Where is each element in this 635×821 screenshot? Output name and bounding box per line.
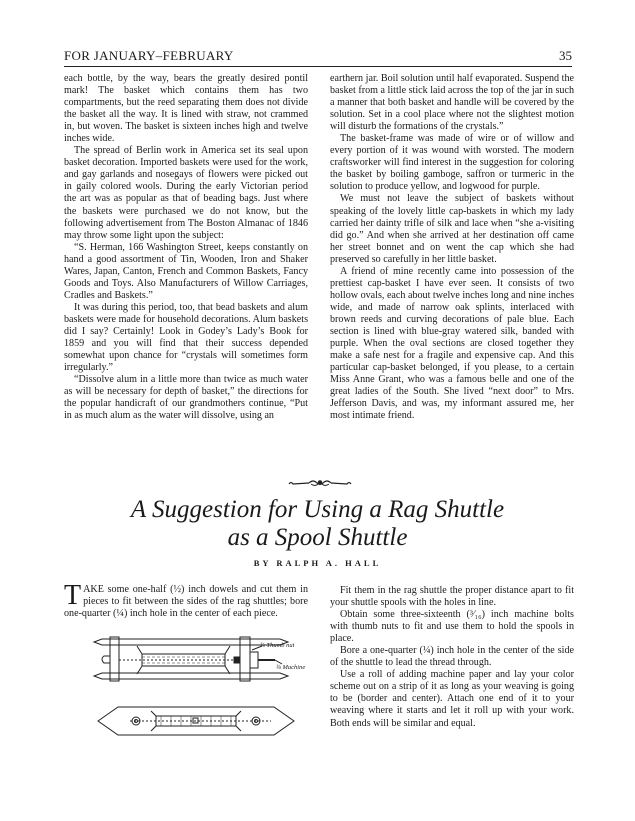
paragraph: We must not leave the subject of baskets… <box>330 193 574 265</box>
paragraph: earthern jar. Boil solution until half e… <box>330 73 574 133</box>
paragraph: The spread of Berlin work in America set… <box>64 145 308 241</box>
paragraph: “Dissolve alum in a little more than twi… <box>64 374 308 422</box>
paragraph: “S. Herman, 166 Washington Street, keeps… <box>64 242 308 302</box>
paragraph: Bore a one-quarter (¼) inch hole in the … <box>330 645 574 669</box>
top-article-left-column: each bottle, by the way, bears the great… <box>64 73 308 422</box>
paragraph: each bottle, by the way, bears the great… <box>64 73 308 145</box>
page-number: 35 <box>559 48 572 64</box>
paragraph: A friend of mine recently came into poss… <box>330 266 574 423</box>
figure-label-thumb-nut: ¾ Thumb nut <box>260 642 295 649</box>
paragraph: TAKE some one-half (½) inch dowels and c… <box>64 584 308 620</box>
article-title-line-1: A Suggestion for Using a Rag Shuttle <box>60 496 575 524</box>
shuttle-side-view-figure: ¾ Thumb nut ¾ Machine <box>90 634 315 684</box>
paragraph: The basket-frame was made of wire or of … <box>330 133 574 193</box>
top-article-right-column: earthern jar. Boil solution until half e… <box>330 73 574 422</box>
article-title: A Suggestion for Using a Rag Shuttle as … <box>60 496 575 552</box>
article-right-column: Fit them in the rag shuttle the proper d… <box>330 585 574 730</box>
paragraph: Use a roll of adding machine paper and l… <box>330 669 574 729</box>
running-header: FOR JANUARY–FEBRUARY 35 <box>64 46 572 67</box>
figure-label-machine: ¾ Machine <box>276 664 305 671</box>
paragraph: Obtain some three-sixteenth (³⁄₁₆) inch … <box>330 609 574 645</box>
shuttle-top-view-figure <box>96 703 296 739</box>
paragraph: It was during this period, too, that bea… <box>64 302 308 374</box>
paragraph: Fit them in the rag shuttle the proper d… <box>330 585 574 609</box>
running-header-title: FOR JANUARY–FEBRUARY <box>64 48 234 64</box>
drop-cap: T <box>64 585 81 607</box>
article-byline: BY RALPH A. HALL <box>60 558 575 568</box>
article-left-column: TAKE some one-half (½) inch dowels and c… <box>64 584 308 620</box>
article-title-line-2: as a Spool Shuttle <box>60 524 575 552</box>
ornament-divider-icon <box>287 477 353 489</box>
